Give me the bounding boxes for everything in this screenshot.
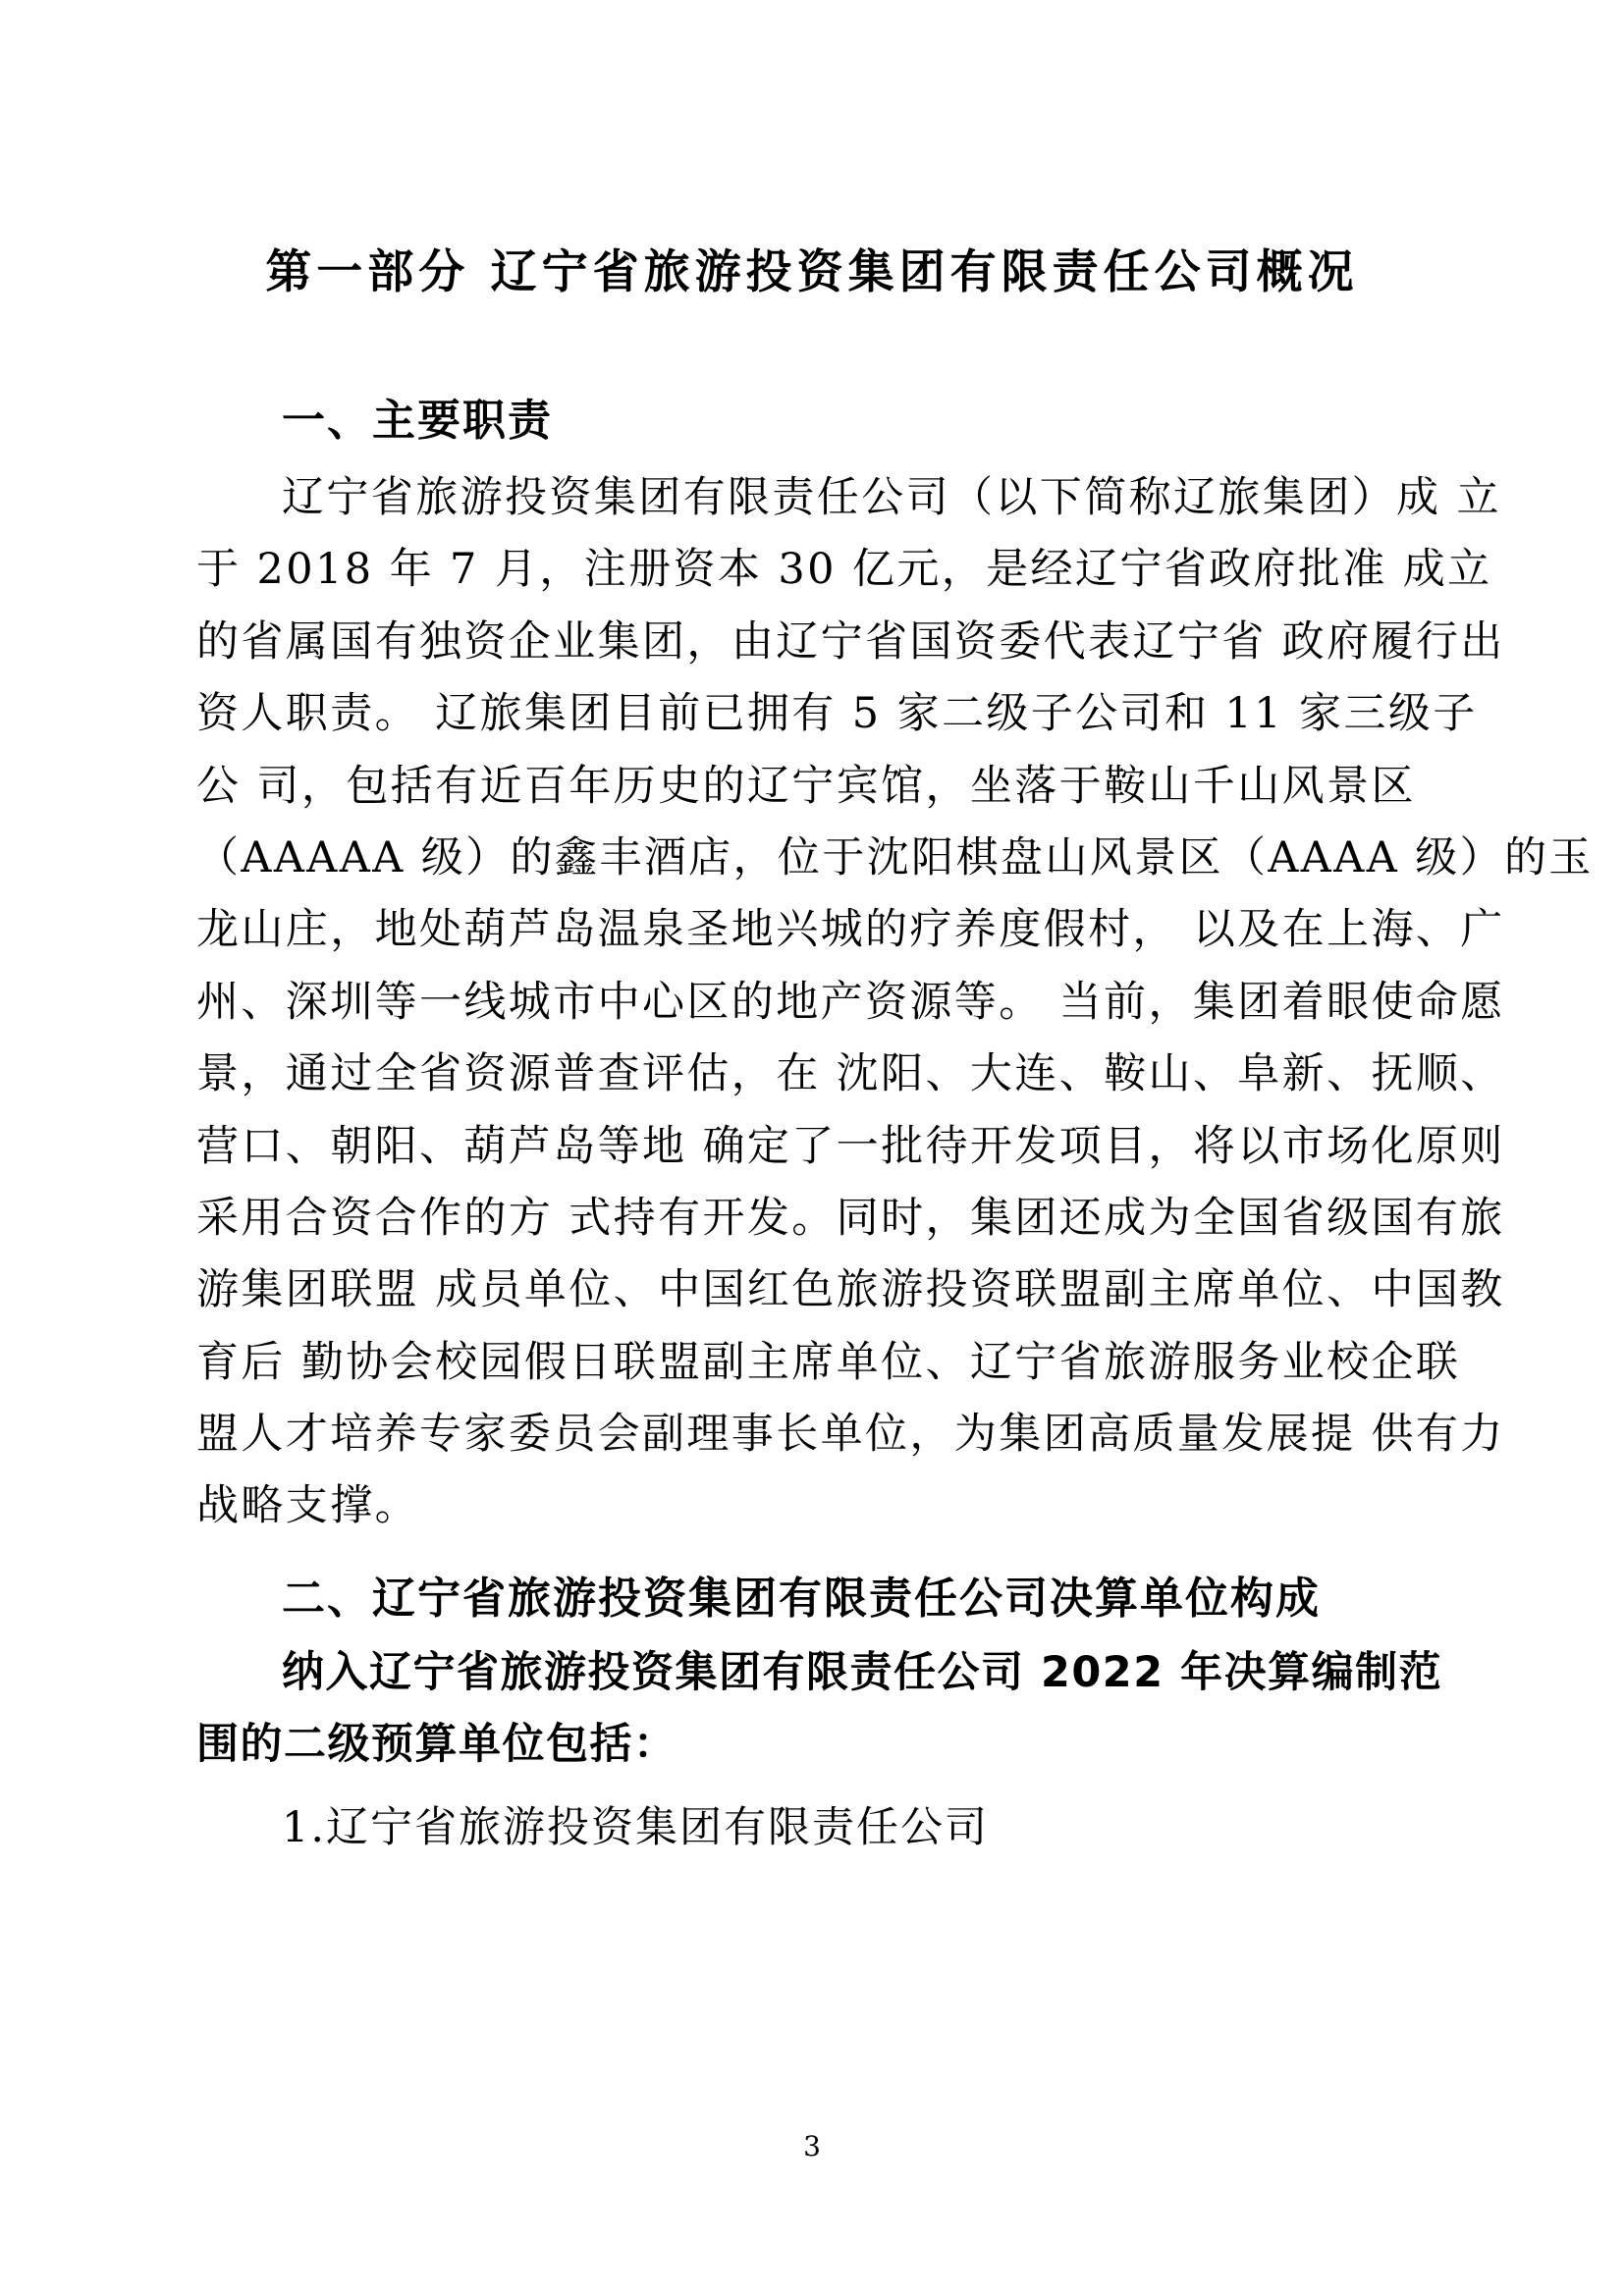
text-line: 州、深圳等一线城市中心区的地产资源等。 当前，集团着眼使命愿	[196, 967, 1435, 1039]
text-line: 景，通过全省资源普查评估，在 沈阳、大连、鞍山、阜新、抚顺、	[196, 1039, 1435, 1110]
text-line: 资人职责。 辽旅集团目前已拥有 5 家二级子公司和 11 家三级子	[196, 678, 1435, 750]
text-line: 游集团联盟 成员单位、中国红色旅游投资联盟副主席单位、中国教	[196, 1255, 1435, 1326]
page-title: 第一部分 辽宁省旅游投资集团有限责任公司概况	[0, 248, 1624, 296]
text-line: 育后 勤协会校园假日联盟副主席单位、辽宁省旅游服务业校企联	[196, 1327, 1435, 1399]
text-line: 采用合资合作的方 式持有开发。同时，集团还成为全国省级国有旅	[196, 1183, 1435, 1255]
text-line: 公 司，包括有近百年历史的辽宁宾馆，坐落于鞍山千山风景区	[196, 751, 1435, 823]
text-line: 龙山庄，地处葫芦岛温泉圣地兴城的疗养度假村， 以及在上海、广	[196, 894, 1435, 966]
section-heading-1: 一、主要职责	[196, 399, 1432, 444]
text-line: 的省属国有独资企业集团，由辽宁省国资委代表辽宁省 政府履行出	[196, 607, 1435, 678]
text-line: 战略支撑。	[196, 1470, 1435, 1542]
page-number: 3	[0, 2132, 1624, 2163]
text-line: 营口、朝阳、葫芦岛等地 确定了一批待开发项目，将以市场化原则	[196, 1111, 1435, 1183]
text-line: （AAAAA 级）的鑫丰酒店，位于沈阳棋盘山风景区（AAAA 级）的玉	[196, 823, 1435, 894]
text-line: 盟人才培养专家委员会副理事长单位，为集团高质量发展提 供有力	[196, 1399, 1435, 1470]
text-line: 辽宁省旅游投资集团有限责任公司（以下简称辽旅集团）成 立	[196, 462, 1435, 534]
list-item-1: 1.辽宁省旅游投资集团有限责任公司	[196, 1792, 1435, 1864]
text-line: 纳入辽宁省旅游投资集团有限责任公司 2022 年决算编制范	[196, 1637, 1435, 1709]
section-2-paragraph: 纳入辽宁省旅游投资集团有限责任公司 2022 年决算编制范围的二级预算单位包括：	[196, 1637, 1435, 1782]
text-line: 于 2018 年 7 月，注册资本 30 亿元，是经辽宁省政府批准 成立	[196, 534, 1435, 606]
section-1-paragraph: 辽宁省旅游投资集团有限责任公司（以下简称辽旅集团）成 立于 2018 年 7 月…	[196, 462, 1435, 1543]
text-line: 围的二级预算单位包括：	[196, 1709, 1435, 1781]
document-page: 第一部分 辽宁省旅游投资集团有限责任公司概况 一、主要职责 辽宁省旅游投资集团有…	[0, 0, 1624, 2296]
section-heading-2: 二、辽宁省旅游投资集团有限责任公司决算单位构成	[196, 1576, 1432, 1622]
